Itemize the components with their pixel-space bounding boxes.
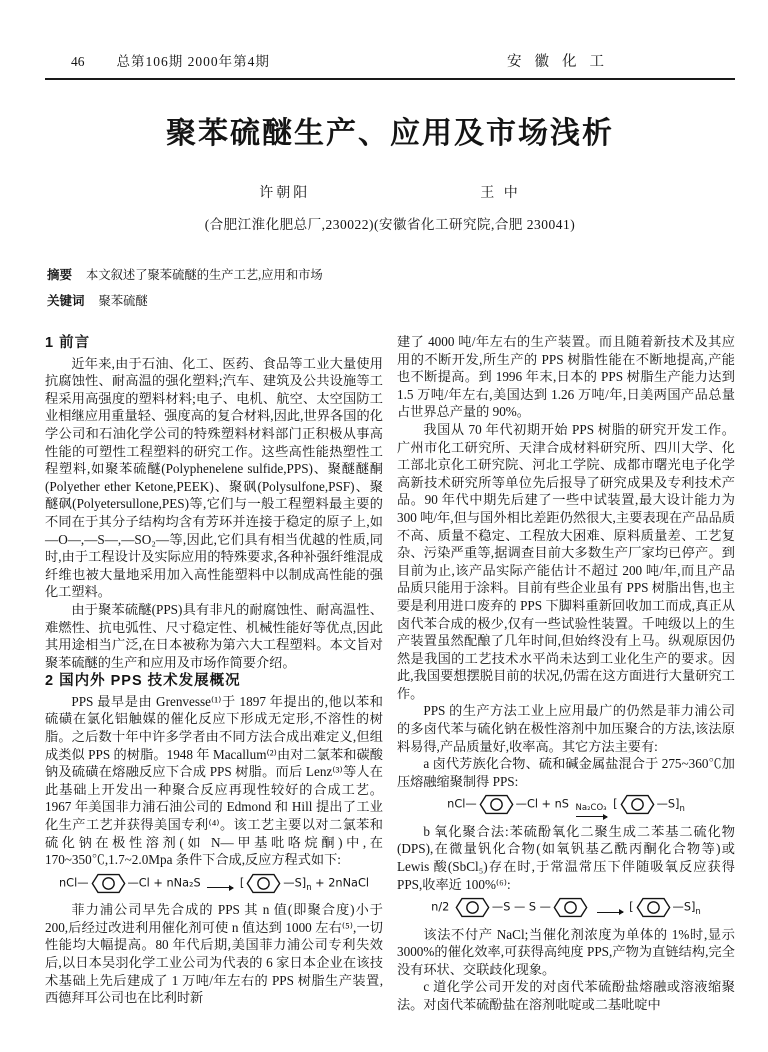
benzene-ring-icon xyxy=(478,794,515,815)
paragraph: 菲力浦公司早先合成的 PPS 其 n 值(即聚合度)小于 200,后经过改进利用… xyxy=(45,901,383,1007)
paragraph: 近年来,由于石油、化工、医药、食品等工业大量使用抗腐蚀性、耐高温的强化塑料;汽车… xyxy=(45,355,383,601)
journal-name: 安徽化工 xyxy=(507,50,617,71)
page-number: 46 xyxy=(71,54,85,70)
paragraph: PPS 的生产方法工业上应用最广的仍然是菲力浦公司的多卤代苯与硫化钠在极性溶剂中… xyxy=(397,702,735,755)
paragraph: 该法不付产 NaCl;当催化剂浓度为单体的 1%时,显示 3000%的催化效率,… xyxy=(397,926,735,979)
benzene-ring-icon xyxy=(619,794,656,815)
equation-text: —S — S — xyxy=(492,901,551,914)
paragraph-method-b: b 氧化聚合法:苯硫酚氧化二聚生成二苯基二硫化物(DPS),在微量钒化合物(如氧… xyxy=(397,823,735,893)
equation-text: [ xyxy=(626,901,634,914)
reaction-arrow-icon: Na₂CO₃ xyxy=(576,804,607,818)
chemical-equation-2: nCl——Cl + nS Na₂CO₃ [—S]n xyxy=(397,794,735,818)
equation-text: [ xyxy=(610,798,618,811)
paragraph-method-c: c 道化学公司开发的对卤代苯硫酚盐熔融或溶液缩聚法。对卤代苯硫酚盐在溶剂吡啶或二… xyxy=(397,978,735,1013)
equation-text: n/2 xyxy=(431,901,453,914)
author-name-1: 许朝阳 xyxy=(259,182,310,202)
affiliation: (合肥江淮化肥总厂,230022)(安徽省化工研究院,合肥 230041) xyxy=(45,213,735,233)
abstract-label: 摘要 xyxy=(47,268,72,282)
page-header: 46 总第106期 2000年第4期 安徽化工 xyxy=(45,50,735,80)
paragraph: 我国从 70 年代初期开始 PPS 树脂的研究开发工作。广州市化工研究所、天津合… xyxy=(397,421,735,703)
benzene-ring-icon xyxy=(552,897,589,918)
reaction-arrow-icon xyxy=(207,884,233,888)
abstract-line: 摘要本文叙述了聚苯硫醚的生产工艺,应用和市场 xyxy=(47,265,735,283)
equation-text xyxy=(590,901,594,914)
issue-info: 总第106期 2000年第4期 xyxy=(117,50,270,70)
equation-text: nCl— xyxy=(447,798,476,811)
reaction-arrow-label: Na₂CO₃ xyxy=(576,804,607,813)
benzene-ring-icon xyxy=(454,897,491,918)
benzene-ring-icon xyxy=(90,873,127,894)
authors-row: 许朝阳 王 中 xyxy=(45,182,735,202)
equation-text: —S] xyxy=(673,901,696,914)
paragraph: 建了 4000 吨/年左右的生产装置。而且随着新技术及其应用的不断开发,所生产的… xyxy=(397,333,735,421)
section-heading-2: 2 国内外 PPS 技术发展概况 xyxy=(45,673,383,691)
equation-text: —S] xyxy=(657,798,680,811)
keywords-label: 关键词 xyxy=(47,294,85,308)
equation-text: + 2nNaCl xyxy=(312,876,369,889)
section-heading-1: 1 前言 xyxy=(45,335,383,353)
right-column: 建了 4000 吨/年左右的生产装置。而且随着新技术及其应用的不断开发,所生产的… xyxy=(397,333,735,1013)
article-title: 聚苯硫醚生产、应用及市场浅析 xyxy=(45,108,735,152)
paragraph: PPS 最早是由 Grenvesse⁽¹⁾于 1897 年提出的,他以苯和硫磺在… xyxy=(45,693,383,869)
benzene-ring-icon xyxy=(635,897,672,918)
equation-text: nCl— xyxy=(59,876,88,889)
keywords-text: 聚苯硫醚 xyxy=(99,294,148,308)
left-column: 1 前言 近年来,由于石油、化工、医药、食品等工业大量使用抗腐蚀性、耐高温的强化… xyxy=(45,333,383,1013)
paragraph-method-a: a 卤代芳族化合物、硫和碱金属盐混合于 275~360℃加压熔融缩聚制得 PPS… xyxy=(397,755,735,790)
article-body: 1 前言 近年来,由于石油、化工、医药、食品等工业大量使用抗腐蚀性、耐高温的强化… xyxy=(45,333,735,1013)
abstract-text: 本文叙述了聚苯硫醚的生产工艺,应用和市场 xyxy=(86,268,323,282)
equation-text: —Cl + nS xyxy=(516,798,573,811)
chemical-equation-3: n/2 —S — S — [—S]n xyxy=(397,897,735,921)
equation-text: —Cl + nNa₂S xyxy=(128,876,205,889)
author-name-2: 王 中 xyxy=(480,182,521,202)
equation-text: [ xyxy=(236,876,244,889)
paragraph: 由于聚苯硫醚(PPS)具有非凡的耐腐蚀性、耐高温性、难燃性、抗电弧性、尺寸稳定性… xyxy=(45,601,383,671)
equation-subscript: n xyxy=(695,907,700,917)
chemical-equation-1: nCl——Cl + nNa₂S [—S]n + 2nNaCl xyxy=(45,873,383,897)
equation-subscript: n xyxy=(679,804,684,814)
equation-text: —S] xyxy=(283,876,306,889)
keywords-line: 关键词聚苯硫醚 xyxy=(47,291,735,309)
journal-page: 46 总第106期 2000年第4期 安徽化工 聚苯硫醚生产、应用及市场浅析 许… xyxy=(0,0,768,1052)
benzene-ring-icon xyxy=(245,873,282,894)
reaction-arrow-icon xyxy=(597,909,623,913)
